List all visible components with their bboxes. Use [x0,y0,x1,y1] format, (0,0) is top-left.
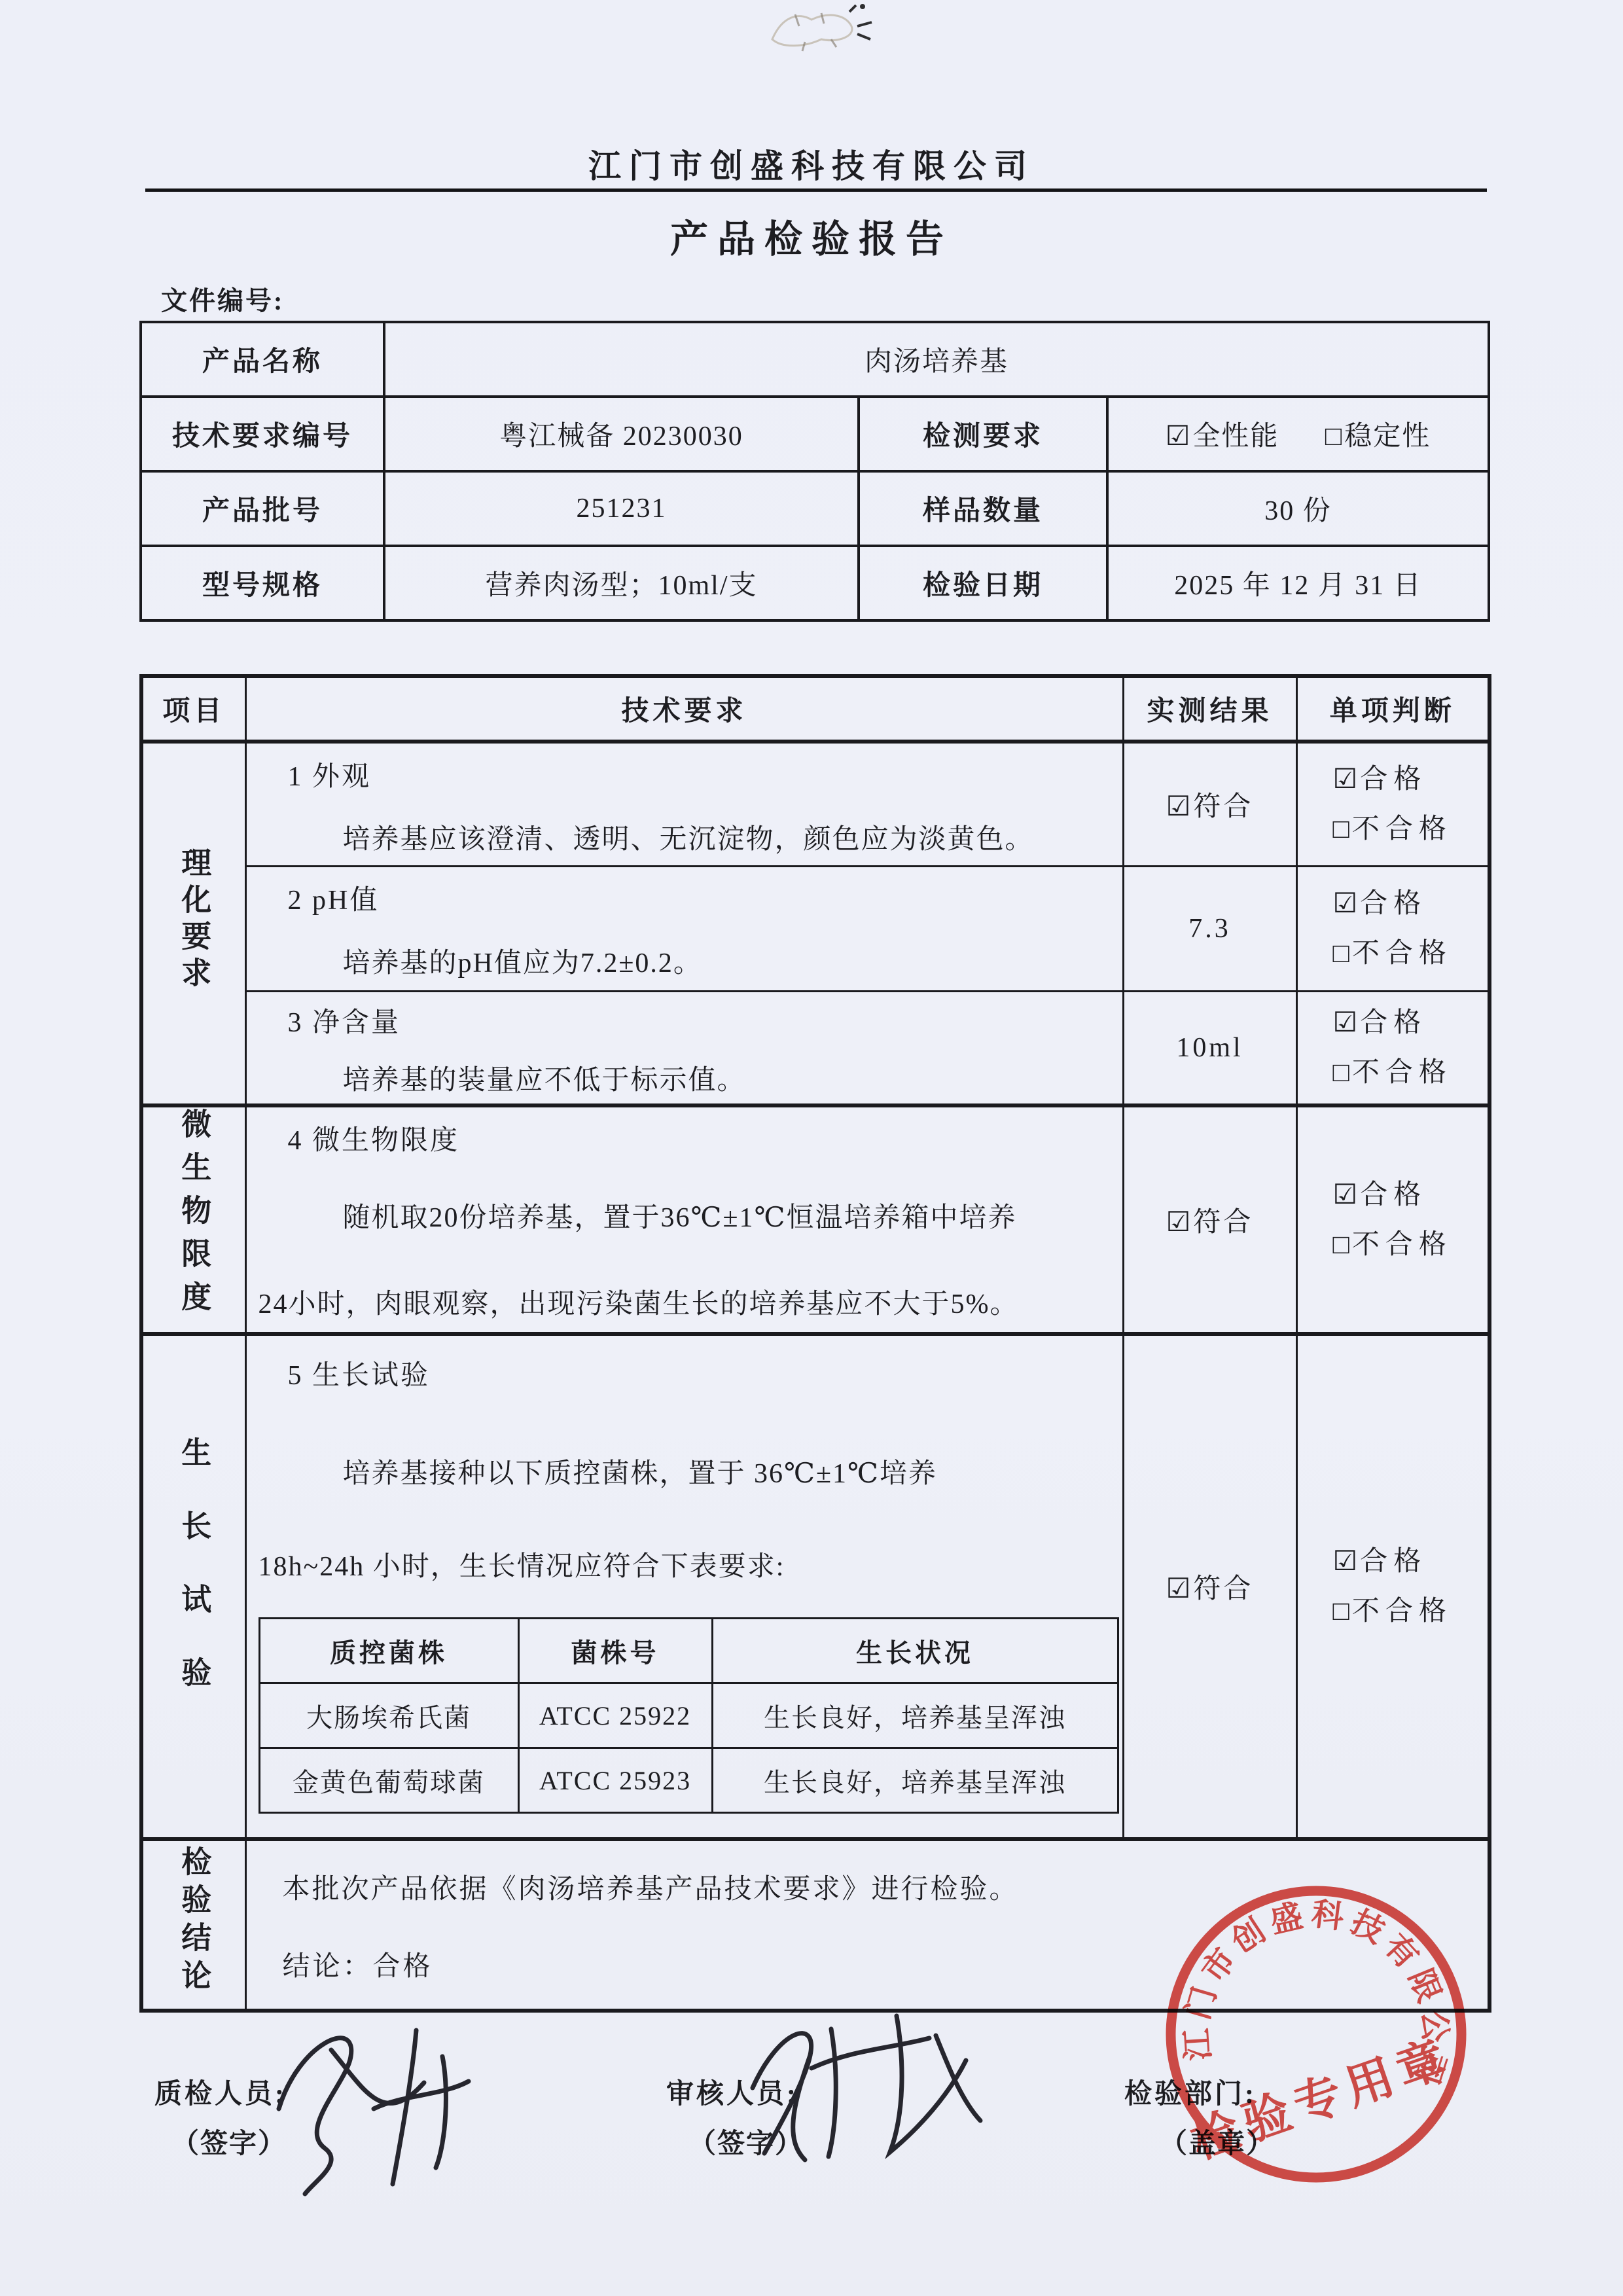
requirement-heading: 4 微生物限度 [259,1123,1111,1158]
checkbox-checked-icon: ☑ [1333,889,1358,919]
requirement-heading: 3 净含量 [259,1005,1111,1041]
column-header-growth-status: 生长状况 [712,1619,1118,1683]
field-value: ☑全性能 □稳定性 [1107,397,1489,471]
column-header-requirement: 技术要求 [245,676,1123,742]
company-seal: 江门市创盛科技有限公司 检验专用章 [1165,1885,1472,2193]
requirement-desc: 培养基应该澄清、透明、无沉淀物，颜色应为淡黄色。 [259,822,1111,857]
judgement-fail: □不合格 [1333,1587,1452,1636]
requirement-heading: 2 pH值 [259,883,1111,918]
judgement-fail-label: 不合格 [1352,1058,1452,1088]
judgement-fail: □不合格 [1333,929,1452,978]
checkbox-group: □稳定性 [1325,422,1431,452]
field-label: 检验日期 [859,546,1107,620]
checkbox-checked-icon: ☑ [1333,1180,1358,1210]
checkbox-unchecked-icon: □ [1333,1596,1349,1626]
checkbox-group: ☑全性能 [1166,422,1279,452]
company-title: 江门市创盛科技有限公司 [0,140,1623,187]
group-label-growth: 生长试验 [179,1437,209,1730]
field-label: 检测要求 [859,397,1107,471]
growth-status: 生长良好，培养基呈浑浊 [712,1683,1118,1748]
field-label: 样品数量 [859,471,1107,546]
judgement-fail-label: 不合格 [1352,1230,1452,1260]
field-value: 30 份 [1107,471,1489,546]
judgement-fail: □不合格 [1333,1048,1452,1098]
judgement-pass: ☑合格 [1333,755,1452,804]
checkbox-checked-icon: ☑ [1333,1008,1358,1038]
checkbox-unchecked-icon: □ [1333,1230,1349,1260]
table-row: 产品批号 251231 样品数量 30 份 [141,471,1489,546]
checkbox-checked-icon: ☑ [1333,1547,1358,1577]
table-row: 技术要求编号 粤江械备 20230030 检测要求 ☑全性能 □稳定性 [141,397,1489,471]
strain-number: ATCC 25922 [518,1683,712,1748]
requirement-desc: 24小时，肉眼观察，出现污染菌生长的培养基应不大于5%。 [259,1287,1111,1322]
scanned-report-page: 江门市创盛科技有限公司 产品检验报告 文件编号: 产品名称 肉汤培养基 技术要求… [0,0,1623,2296]
checkbox-checked-icon: ☑ [1166,792,1191,822]
doc-number-label: 文件编号: [161,280,284,317]
group-label-micro: 微生物限度 [179,1108,209,1324]
option-label: 全性能 [1192,422,1279,452]
scan-artifact [759,0,890,59]
result-value: 符合 [1193,1574,1253,1604]
table-row: 大肠埃希氏菌 ATCC 25922 生长良好，培养基呈浑浊 [259,1683,1118,1748]
judgement-pass-label: 合格 [1360,764,1427,795]
checkbox-unchecked-icon: □ [1333,814,1349,844]
judgement-pass: ☑合格 [1333,998,1452,1048]
requirement-desc: 培养基接种以下质控菌株，置于 36℃±1℃培养 [259,1456,1111,1492]
field-value: 营养肉汤型；10ml/支 [384,546,859,620]
column-header-item: 项目 [141,676,245,742]
checkbox-checked-icon: ☑ [1333,764,1358,795]
group-label-physchem: 理化要求 [179,847,209,994]
requirement-desc: 培养基的装量应不低于标示值。 [259,1063,1111,1098]
table-row: 理化要求 1 外观 培养基应该澄清、透明、无沉淀物，颜色应为淡黄色。 ☑符合 ☑… [141,742,1489,866]
table-row: 生长试验 5 生长试验 培养基接种以下质控菌株，置于 36℃±1℃培养 18h~… [141,1334,1489,1839]
field-value: 2025 年 12 月 31 日 [1107,546,1489,620]
column-header-result: 实测结果 [1123,676,1296,742]
table-header-row: 项目 技术要求 实测结果 单项判断 [141,676,1489,742]
result-value: 符合 [1193,792,1253,822]
judgement-fail-label: 不合格 [1352,939,1452,969]
table-row: 金黄色葡萄球菌 ATCC 25923 生长良好，培养基呈浑浊 [259,1748,1118,1813]
judgement-pass-label: 合格 [1360,889,1427,919]
checkbox-checked-icon: ☑ [1166,1208,1191,1238]
field-label: 型号规格 [141,546,384,620]
result-value: 10ml [1176,1033,1243,1063]
report-title: 产品检验报告 [0,208,1623,263]
growth-test-table: 质控菌株 菌株号 生长状况 大肠埃希氏菌 ATCC 25922 生长良好，培养基… [259,1617,1119,1814]
field-label: 产品批号 [141,471,384,546]
product-info-table: 产品名称 肉汤培养基 技术要求编号 粤江械备 20230030 检测要求 ☑全性… [139,321,1490,622]
field-value: 肉汤培养基 [384,322,1489,397]
judgement-fail-label: 不合格 [1352,1596,1452,1626]
requirement-heading: 1 外观 [259,759,1111,795]
checkbox-unchecked-icon: □ [1333,1058,1349,1088]
checkbox-unchecked-icon: □ [1333,939,1349,969]
table-header-row: 质控菌株 菌株号 生长状况 [259,1619,1118,1683]
judgement-pass-label: 合格 [1360,1008,1427,1038]
requirement-desc: 随机取20份培养基，置于36℃±1℃恒温培养箱中培养 [259,1200,1111,1236]
table-row: 产品名称 肉汤培养基 [141,322,1489,397]
requirement-desc: 培养基的pH值应为7.2±0.2。 [259,946,1111,981]
field-label: 产品名称 [141,322,384,397]
option-label: 稳定性 [1344,422,1431,452]
seal-purpose-text: 检验专用章 [1185,2030,1459,2169]
column-header-strain: 质控菌株 [259,1619,518,1683]
table-row: 3 净含量 培养基的装量应不低于标示值。 10ml ☑合格 □不合格 [141,991,1489,1105]
column-header-strain-no: 菌株号 [518,1619,712,1683]
group-label-conclusion: 检验结论 [179,1846,209,1998]
checkbox-checked-icon: ☑ [1166,1574,1191,1604]
checkbox-checked-icon: ☑ [1166,422,1190,452]
judgement-fail: □不合格 [1333,804,1452,854]
strain-number: ATCC 25923 [518,1748,712,1813]
requirement-desc: 18h~24h 小时，生长情况应符合下表要求: [259,1549,1111,1585]
checkbox-unchecked-icon: □ [1325,422,1342,452]
field-label: 技术要求编号 [141,397,384,471]
review-signature [733,1990,995,2186]
strain-name: 金黄色葡萄球菌 [259,1748,518,1813]
inspection-results-table: 项目 技术要求 实测结果 单项判断 理化要求 1 外观 培养基应该澄清、透明、无… [139,674,1491,2013]
result-value: 符合 [1193,1208,1253,1238]
judgement-fail: □不合格 [1333,1220,1452,1270]
table-row: 微生物限度 4 微生物限度 随机取20份培养基，置于36℃±1℃恒温培养箱中培养… [141,1105,1489,1334]
judgement-pass: ☑合格 [1333,879,1452,929]
growth-status: 生长良好，培养基呈浑浊 [712,1748,1118,1813]
strain-name: 大肠埃希氏菌 [259,1683,518,1748]
judgement-pass-label: 合格 [1360,1180,1427,1210]
table-row: 型号规格 营养肉汤型；10ml/支 检验日期 2025 年 12 月 31 日 [141,546,1489,620]
field-value: 粤江械备 20230030 [384,397,859,471]
judgement-pass-label: 合格 [1360,1547,1427,1577]
column-header-judgement: 单项判断 [1296,676,1489,742]
qc-signature [253,1998,488,2214]
judgement-fail-label: 不合格 [1352,814,1452,844]
requirement-heading: 5 生长试验 [259,1358,1111,1393]
header-divider [145,188,1487,192]
judgement-pass: ☑合格 [1333,1537,1452,1587]
table-row: 2 pH值 培养基的pH值应为7.2±0.2。 7.3 ☑合格 □不合格 [141,866,1489,991]
field-value: 251231 [384,471,859,546]
judgement-pass: ☑合格 [1333,1170,1452,1220]
result-value: 7.3 [1188,914,1231,944]
